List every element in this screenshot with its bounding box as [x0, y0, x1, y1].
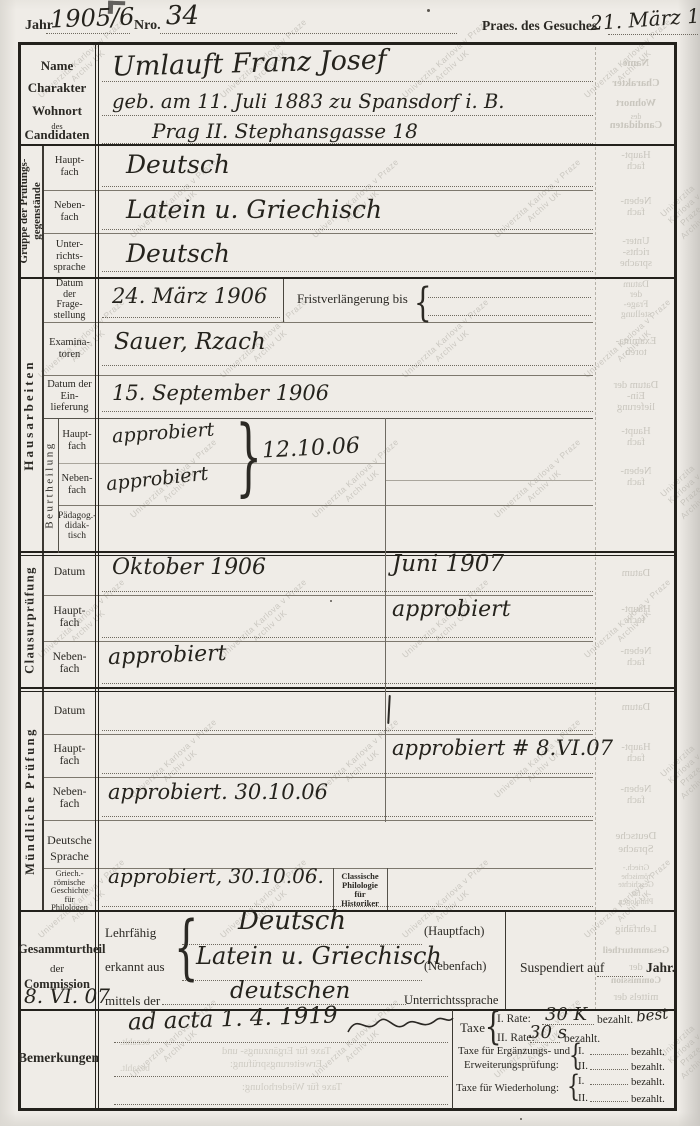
bleed-wohnort: Wohnort — [597, 98, 675, 109]
suspendiert-cell-divider — [505, 912, 506, 1009]
geschichte-value: approbiert, 30.10.06. — [108, 864, 324, 888]
ergaenzung-label-2: Erweiterungsprüfung: — [464, 1058, 559, 1072]
bleed-examinatoren: Examina- toren — [597, 336, 675, 358]
gruppe-sprache-label: Unter- richts- sprache — [43, 239, 96, 274]
bleed-column-divider — [595, 42, 596, 1010]
bezahlt-label-1: bezahlt. — [597, 1013, 633, 1027]
bleed-taxe-ergaenzung-2: Erweiterungsprüfung: — [230, 1059, 322, 1070]
muendlich-hauptfach-term2: approbiert # 8.VI.07 — [392, 736, 613, 760]
suspendiert-label: Suspendiert auf — [520, 961, 604, 975]
content-divider — [385, 418, 386, 822]
bleed-clausur-datum: Datum — [597, 568, 675, 579]
bleed-name: Name — [597, 58, 675, 69]
beurtheilung-label: Beurtheilung — [43, 419, 57, 552]
hauptfach-suffix-label: (Hauptfach) — [424, 924, 484, 938]
row-line — [43, 777, 593, 778]
row-line — [43, 734, 593, 735]
clausur-datum-term2: Juni 1907 — [392, 551, 504, 577]
philologie-box-right — [387, 868, 388, 910]
erkannt-label: erkannt aus — [105, 960, 165, 974]
bezahlt-label-3: bezahlt. — [631, 1045, 665, 1059]
scan-speck — [330, 600, 332, 602]
row-line — [43, 233, 593, 234]
rate2-value-handwritten: 30 s — [529, 1022, 567, 1043]
clausur-nebenfach-label: Neben- fach — [43, 652, 96, 675]
section-line — [18, 277, 677, 279]
bleed-taxe-wiederholung: Taxe für Wiederholung: — [242, 1082, 342, 1093]
gruppe-hauptfach-value: Deutsch — [126, 150, 230, 179]
dotted-rule — [102, 229, 593, 230]
lehrfaehig-label: Lehrfähig — [105, 926, 156, 940]
section-line — [18, 551, 677, 553]
section-line — [18, 144, 677, 146]
bleed-sprache: Unter- richts- sprache — [597, 236, 675, 269]
gesammt-nebenfach-value: Latein u. Griechisch — [196, 942, 442, 970]
clausur-hauptfach-term2: approbiert — [392, 597, 511, 622]
rate1-label: I. Rate: — [497, 1012, 531, 1026]
bleed-charakter: Charakter — [597, 78, 675, 89]
dotted-rule — [102, 115, 593, 116]
bemerkungen-label: Bemerkungen — [18, 1051, 96, 1065]
frist-label: Fristverlängerung bis — [297, 292, 408, 306]
bleed-nebenfach: Neben- fach — [597, 196, 675, 218]
bezahlt-label-5: bezahlt. — [631, 1075, 665, 1089]
fragestellung-value: 24. März 1906 — [112, 284, 267, 308]
mittels-label: mittels der — [105, 994, 160, 1008]
clausur-hauptfach-label: Haupt- fach — [43, 606, 96, 629]
table-border-right — [674, 42, 677, 1111]
candidaten-label: Candidaten — [18, 128, 96, 142]
beurtheilung-hauptfach-label: Haupt- fach — [58, 429, 96, 452]
watermark-text: Univerzita Karlova v Praze Archiv UK — [492, 437, 589, 528]
gesammturtheil-brace: { — [174, 912, 199, 982]
row-line — [43, 322, 593, 323]
dotted-rule — [102, 186, 593, 187]
dotted-rule — [102, 816, 593, 817]
beurtheilung-nebenfach-label: Neben- fach — [58, 473, 96, 496]
examinatoren-label: Examina- toren — [43, 337, 96, 360]
table-border-bottom — [18, 1108, 677, 1111]
bleed-beurt-nebenfach: Neben- fach — [597, 466, 675, 488]
illegible-scrawl — [344, 1010, 456, 1040]
name-label: Name — [18, 59, 96, 73]
bleed-candidaten: Candidaten — [597, 120, 675, 131]
clausur-nebenfach-term1: approbiert — [108, 641, 227, 670]
bleed-bezahlt-1: bezahlt. — [120, 1038, 150, 1048]
bezahlt-label-6: bezahlt. — [631, 1092, 665, 1106]
dotted-rule — [102, 773, 593, 774]
muendliche-section-label: Mündliche Prüfung — [23, 693, 39, 909]
muendlich-datum-label: Datum — [43, 706, 96, 718]
fragestellung-label: Datum der Frage- stellung — [43, 279, 96, 321]
row-line — [43, 375, 593, 376]
scanned-exam-record-page: Univerzita Karlova v Praze Archiv UKUniv… — [0, 0, 700, 1126]
wiederholung-label: Taxe für Wiederholung: — [456, 1081, 559, 1095]
dotted-rule — [114, 1042, 448, 1043]
scan-speck — [520, 1118, 522, 1120]
row-line — [43, 190, 593, 191]
bezahlt-label-4: bezahlt. — [631, 1060, 665, 1074]
muendlich-nebenfach-label: Neben- fach — [43, 787, 96, 810]
einlieferung-value: 15. September 1906 — [112, 381, 329, 405]
ergaenzung-label-1: Taxe für Ergänzungs- und — [458, 1044, 570, 1058]
paedagogisch-label: Pädagog.- didak- tisch — [58, 511, 96, 541]
bleed-muendlich-datum: Datum — [597, 702, 675, 713]
bleed-deutsche-sprache: Deutsche Sprache — [597, 830, 675, 856]
row-line — [43, 641, 593, 642]
dotted-rule — [114, 1076, 448, 1077]
dotted-rule — [102, 637, 593, 638]
section-line — [18, 910, 677, 912]
bleed-lehrfaehig: Lehrfähig — [597, 924, 675, 935]
bleed-muendlich-nebenfach: Neben- fach — [597, 784, 675, 806]
bleed-bezahlt-2: bezahlt. — [120, 1064, 150, 1074]
bleed-hauptfach: Haupt- fach — [597, 150, 675, 172]
taxe-brace: { — [485, 1007, 502, 1045]
geschichte-label: Griech.- römische Geschichte für Philolo… — [43, 869, 96, 912]
muendlich-nebenfach-term1: approbiert. 30.10.06 — [108, 780, 328, 804]
candidate-birth-handwritten: geb. am 11. Juli 1883 zu Spansdorf i. B. — [112, 90, 505, 113]
row-line — [43, 820, 593, 821]
nro-value-handwritten: 34 — [166, 1, 199, 31]
commission-date-handwritten: 8. VI. 07 — [24, 984, 110, 1008]
dotted-rule — [102, 365, 593, 366]
dotted-rule — [590, 1084, 628, 1085]
beurtheilung-hauptfach-value: approbiert — [111, 418, 215, 447]
ergaenzung-brace: { — [569, 1041, 582, 1071]
bleed-einlieferung: Datum der Ein- lieferung — [597, 380, 675, 413]
bleed-clausur-hauptfach: Haupt- fach — [597, 604, 675, 626]
bleed-fragestellung: Datum der Frage- stellung — [597, 280, 675, 320]
dotted-rule — [102, 317, 280, 318]
gruppe-nebenfach-value: Latein u. Griechisch — [126, 195, 382, 224]
frist-brace: { — [414, 283, 432, 323]
section-line — [18, 687, 677, 689]
dotted-rule — [428, 297, 591, 298]
row-line — [58, 505, 593, 506]
wiederholung-brace: { — [567, 1072, 580, 1102]
row-line — [385, 480, 593, 481]
clausurpruefung-section-label: Clausurprüfung — [23, 554, 39, 687]
einlieferung-label: Datum der Ein- lieferung — [43, 379, 96, 414]
dotted-rule — [590, 1054, 628, 1055]
deutsche-sprache-label: Deutsche Sprache — [43, 832, 96, 864]
bleed-clausur-nebenfach: Neben- fach — [597, 646, 675, 668]
dotted-rule — [102, 591, 593, 592]
gesammturtheil-label-2: der — [18, 962, 96, 976]
clausur-datum-term1: Oktober 1906 — [112, 555, 266, 580]
dotted-rule — [102, 271, 593, 272]
row-line — [58, 463, 385, 464]
dotted-rule — [597, 976, 643, 977]
charakter-label: Charakter — [18, 81, 96, 95]
bleed-beurt-hauptfach: Haupt- fach — [597, 426, 675, 448]
gesammt-sprache-value: deutschen — [230, 978, 350, 1004]
clausur-datum-label: Datum — [43, 567, 96, 579]
dotted-rule — [102, 683, 593, 684]
gesammt-hauptfach-value: Deutsch — [238, 906, 346, 936]
scan-speck — [427, 9, 430, 12]
candidate-address-handwritten: Prag II. Stephansgasse 18 — [152, 119, 418, 143]
dotted-rule — [160, 33, 457, 34]
wohnort-label: Wohnort — [18, 104, 96, 118]
row-line — [43, 595, 593, 596]
section-line — [18, 691, 677, 693]
taxe-label: Taxe — [460, 1021, 485, 1035]
candidate-name-handwritten: Umlauft Franz Josef — [112, 44, 387, 82]
nro-label: Nro. — [134, 19, 161, 33]
gruppe-nebenfach-label: Neben- fach — [43, 200, 96, 223]
dotted-rule — [102, 411, 593, 412]
dotted-rule — [590, 1069, 628, 1070]
rate1-note-handwritten: best — [635, 1004, 669, 1025]
dotted-rule — [102, 730, 593, 731]
gruppe-section-label: Gruppe der Prüfungs- gegenstände — [18, 145, 44, 277]
beurtheilung-brace: } — [235, 414, 262, 498]
bleed-mittels: mittels der — [597, 992, 675, 1003]
dotted-rule — [608, 34, 698, 35]
jahr-label: Jahr — [25, 19, 53, 33]
examinatoren-value: Sauer, Rzach — [114, 329, 266, 355]
praes-date-handwritten: 21. März 1906 — [589, 1, 700, 35]
dotted-rule — [428, 315, 591, 316]
bleed-geschichte: Griech.- römische Geschichte für Philolo… — [597, 864, 675, 907]
philologie-box-label: Classische Philologie für Historiker — [333, 872, 387, 908]
jahr-suffix-label: Jahr. — [646, 961, 675, 975]
muendlich-hauptfach-label: Haupt- fach — [43, 744, 96, 767]
bleed-taxe-ergaenzung-1: Taxe für Ergänzungs- und — [222, 1046, 331, 1057]
jahr-value-handwritten: 1905/6 — [50, 3, 135, 34]
row-line — [43, 418, 593, 419]
dotted-rule — [590, 1101, 628, 1102]
bleed-commission: Commission — [597, 976, 675, 987]
dotted-rule — [114, 1104, 448, 1105]
bleed-gesammturtheil: Gesammturtheil — [597, 946, 675, 957]
gruppe-hauptfach-label: Haupt- fach — [43, 155, 96, 178]
hausarbeiten-section-label: Hausarbeiten — [21, 280, 41, 550]
gesammturtheil-label-1: Gesammturtheil — [18, 942, 96, 956]
dotted-rule — [102, 81, 593, 82]
beurtheilung-date: 12.10.06 — [261, 433, 360, 463]
gruppe-sprache-value: Deutsch — [126, 239, 230, 268]
praes-label: Praes. des Gesuches — [482, 19, 597, 33]
frist-cell-divider — [283, 279, 284, 322]
